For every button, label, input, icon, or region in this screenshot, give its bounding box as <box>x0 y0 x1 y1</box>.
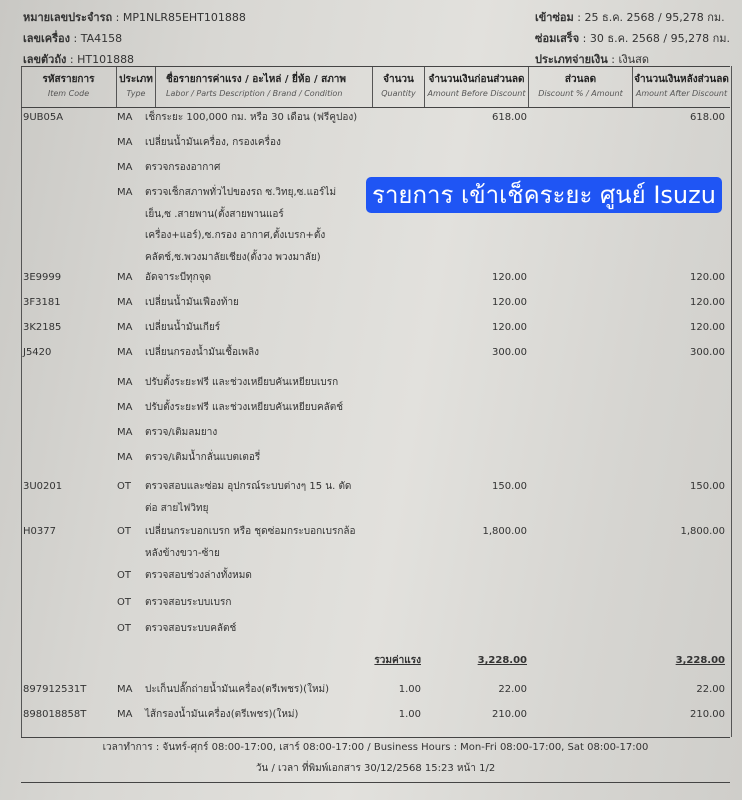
labor-total-label: รวมค่าแรง <box>351 650 421 672</box>
item-type: OT <box>117 592 143 614</box>
item-type: MA <box>117 317 143 339</box>
item-type: MA <box>117 267 143 289</box>
part-amount-after: 210.00 <box>621 704 725 726</box>
item-description: ตรวจ/เติมน้ำกลั่นแบตเตอรี่ <box>145 447 435 469</box>
item-type: MA <box>117 292 143 314</box>
part-quantity: 1.00 <box>351 704 421 726</box>
column-quantity: จำนวนQuantity <box>373 67 425 107</box>
item-type: MA <box>117 397 143 419</box>
item-amount-after: 1,800.00 <box>621 521 725 543</box>
item-description: ปรับตั้งระยะฟรี และช่วงเหยียบคันเหยียบคล… <box>145 397 435 419</box>
engine-number-field: เลขเครื่อง : TA4158 <box>23 30 246 51</box>
item-code: H0377 <box>23 521 113 543</box>
item-description: เปลี่ยนกระบอกเบรก หรือ ชุดซ่อมกระบอกเบรก… <box>145 521 360 564</box>
column-description: ชื่อรายการค่าแรง / อะไหล่ / ยี่ห้อ / สภา… <box>156 67 373 107</box>
item-type: MA <box>117 372 143 394</box>
service-invoice-page: หมายเลขประจำรถ : MP1NLR85EHT101888 เลขเค… <box>0 0 742 800</box>
item-type: OT <box>117 521 143 543</box>
item-description: เปลี่ยนกรองน้ำมันเชื้อเพลิง <box>145 342 435 364</box>
check-in-field: เข้าซ่อม : 25 ธ.ค. 2568 / 95,278 กม. <box>535 9 730 30</box>
item-code: 3E9999 <box>23 267 113 289</box>
item-description: เปลี่ยนน้ำมันเกียร์ <box>145 317 435 339</box>
item-description: ตรวจสอบระบบคลัตช์ <box>145 618 435 640</box>
item-description: อัดจาระบีทุกจุด <box>145 267 435 289</box>
item-description: ตรวจกรองอากาศ <box>145 157 435 179</box>
item-description: ตรวจเช็กสภาพทั่วไปของรถ ซ.วิทยุ,ซ.แอร์ไม… <box>145 182 345 268</box>
item-code: 3F3181 <box>23 292 113 314</box>
item-code: 3K2185 <box>23 317 113 339</box>
column-discount: ส่วนลดDiscount % / Amount <box>529 67 633 107</box>
item-description: ตรวจสอบช่วงล่างทั้งหมด <box>145 565 435 587</box>
part-quantity: 1.00 <box>351 679 421 701</box>
part-code: 897912531T <box>23 679 113 701</box>
item-amount-after: 150.00 <box>621 476 725 498</box>
part-type: MA <box>117 704 143 726</box>
item-code: 9UB05A <box>23 107 113 129</box>
column-amount-after-discount: จำนวนเงินหลังส่วนลดAmount After Discount <box>633 67 730 107</box>
item-code: 3U0201 <box>23 476 113 498</box>
item-amount-before: 120.00 <box>441 267 527 289</box>
item-amount-before: 120.00 <box>441 292 527 314</box>
item-type: MA <box>117 447 143 469</box>
item-amount-after: 120.00 <box>621 292 725 314</box>
column-item-code: รหัสรายการItem Code <box>21 67 117 107</box>
item-type: OT <box>117 565 143 587</box>
item-amount-after: 300.00 <box>621 342 725 364</box>
item-type: MA <box>117 422 143 444</box>
item-description: เช็กระยะ 100,000 กม. หรือ 30 เดือน (ฟรีค… <box>145 107 435 129</box>
item-code: J5420 <box>23 342 113 364</box>
item-amount-before: 618.00 <box>441 107 527 129</box>
item-type: MA <box>117 132 143 154</box>
item-amount-after: 120.00 <box>621 317 725 339</box>
item-type: OT <box>117 618 143 640</box>
part-amount-before: 210.00 <box>441 704 527 726</box>
item-amount-after: 618.00 <box>621 107 725 129</box>
item-description: ปรับตั้งระยะฟรี และช่วงเหยียบคันเหยียบเบ… <box>145 372 435 394</box>
part-amount-after: 22.00 <box>621 679 725 701</box>
print-timestamp: วัน / เวลา ที่พิมพ์เอกสาร 30/12/2568 15:… <box>21 758 730 779</box>
part-type: MA <box>117 679 143 701</box>
service-info: เข้าซ่อม : 25 ธ.ค. 2568 / 95,278 กม. ซ่อ… <box>535 9 730 72</box>
item-description: เปลี่ยนน้ำมันเครื่อง, กรองเครื่อง <box>145 132 435 154</box>
item-amount-after: 120.00 <box>621 267 725 289</box>
labor-total-after: 3,228.00 <box>621 650 725 672</box>
table-header: รหัสรายการItem Code ประเภทType ชื่อรายกา… <box>21 66 730 108</box>
item-type: MA <box>117 107 143 129</box>
footer-divider-bottom <box>21 782 730 783</box>
part-amount-before: 22.00 <box>441 679 527 701</box>
item-type: MA <box>117 182 143 204</box>
item-description: ตรวจสอบระบบเบรก <box>145 592 435 614</box>
item-type: MA <box>117 157 143 179</box>
item-amount-before: 150.00 <box>441 476 527 498</box>
item-description: เปลี่ยนน้ำมันเฟืองท้าย <box>145 292 435 314</box>
item-amount-before: 300.00 <box>441 342 527 364</box>
item-description: ตรวจ/เติมลมยาง <box>145 422 435 444</box>
business-hours: เวลาทำการ : จันทร์-ศุกร์ 08:00-17:00, เส… <box>21 737 730 758</box>
item-type: OT <box>117 476 143 498</box>
vehicle-info: หมายเลขประจำรถ : MP1NLR85EHT101888 เลขเค… <box>23 9 246 72</box>
completed-field: ซ่อมเสร็จ : 30 ธ.ค. 2568 / 95,278 กม. <box>535 30 730 51</box>
footer: เวลาทำการ : จันทร์-ศุกร์ 08:00-17:00, เส… <box>21 737 730 779</box>
column-type: ประเภทType <box>117 67 156 107</box>
labor-total-before: 3,228.00 <box>441 650 527 672</box>
part-code: 898018858T <box>23 704 113 726</box>
item-amount-before: 120.00 <box>441 317 527 339</box>
highlight-banner: รายการ เข้าเช็คระยะ ศูนย์ Isuzu <box>366 177 722 213</box>
item-type: MA <box>117 342 143 364</box>
column-amount-before-discount: จำนวนเงินก่อนส่วนลดAmount Before Discoun… <box>425 67 529 107</box>
vin-field: หมายเลขประจำรถ : MP1NLR85EHT101888 <box>23 9 246 30</box>
item-amount-before: 1,800.00 <box>441 521 527 543</box>
item-description: ตรวจสอบและซ่อม อุปกรณ์ระบบต่างๆ 15 น. ตั… <box>145 476 360 519</box>
